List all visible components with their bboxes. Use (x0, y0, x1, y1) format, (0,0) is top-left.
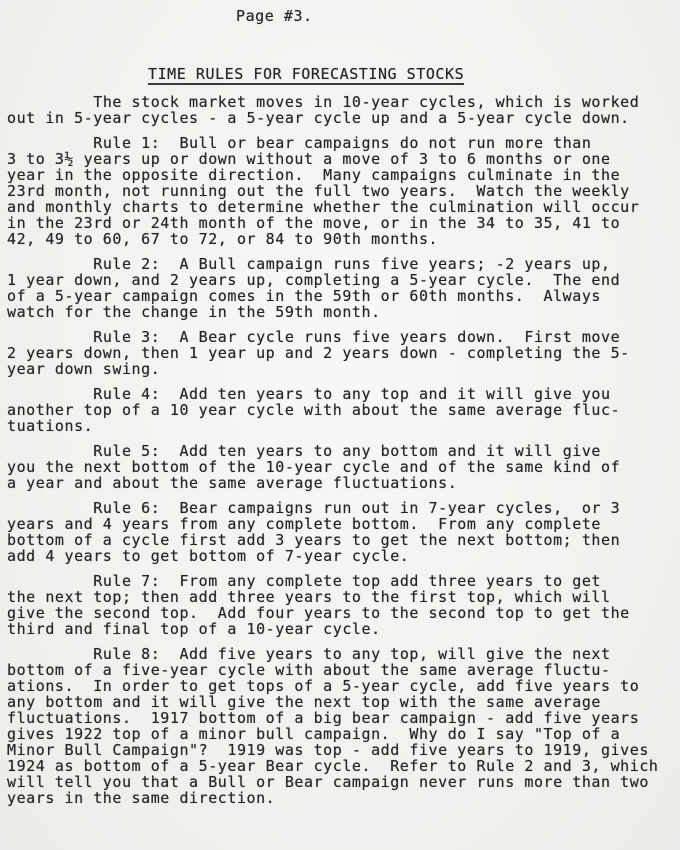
paragraph-rule-6: Rule 6: Bear campaigns run out in 7-year… (7, 500, 680, 564)
paragraph-rule-5: Rule 5: Add ten years to any bottom and … (7, 443, 680, 491)
paragraph-intro: The stock market moves in 10-year cycles… (7, 94, 680, 126)
paragraph-rule-3: Rule 3: A Bear cycle runs five years dow… (7, 329, 680, 377)
title-row: TIME RULES FOR FORECASTING STOCKS (148, 66, 680, 82)
paragraph-rule-2: Rule 2: A Bull campaign runs five years;… (7, 256, 680, 320)
paragraph-rule-4: Rule 4: Add ten years to any top and it … (7, 386, 680, 434)
scanned-document-page: Page #3. TIME RULES FOR FORECASTING STOC… (0, 0, 680, 850)
document-title: TIME RULES FOR FORECASTING STOCKS (148, 66, 464, 85)
paragraph-rule-1: Rule 1: Bull or bear campaigns do not ru… (7, 135, 680, 247)
paragraph-rule-7: Rule 7: From any complete top add three … (7, 573, 680, 637)
paragraph-rule-8: Rule 8: Add five years to any top, will … (7, 646, 680, 806)
document-body: The stock market moves in 10-year cycles… (7, 94, 680, 806)
page-number: Page #3. (236, 8, 680, 24)
